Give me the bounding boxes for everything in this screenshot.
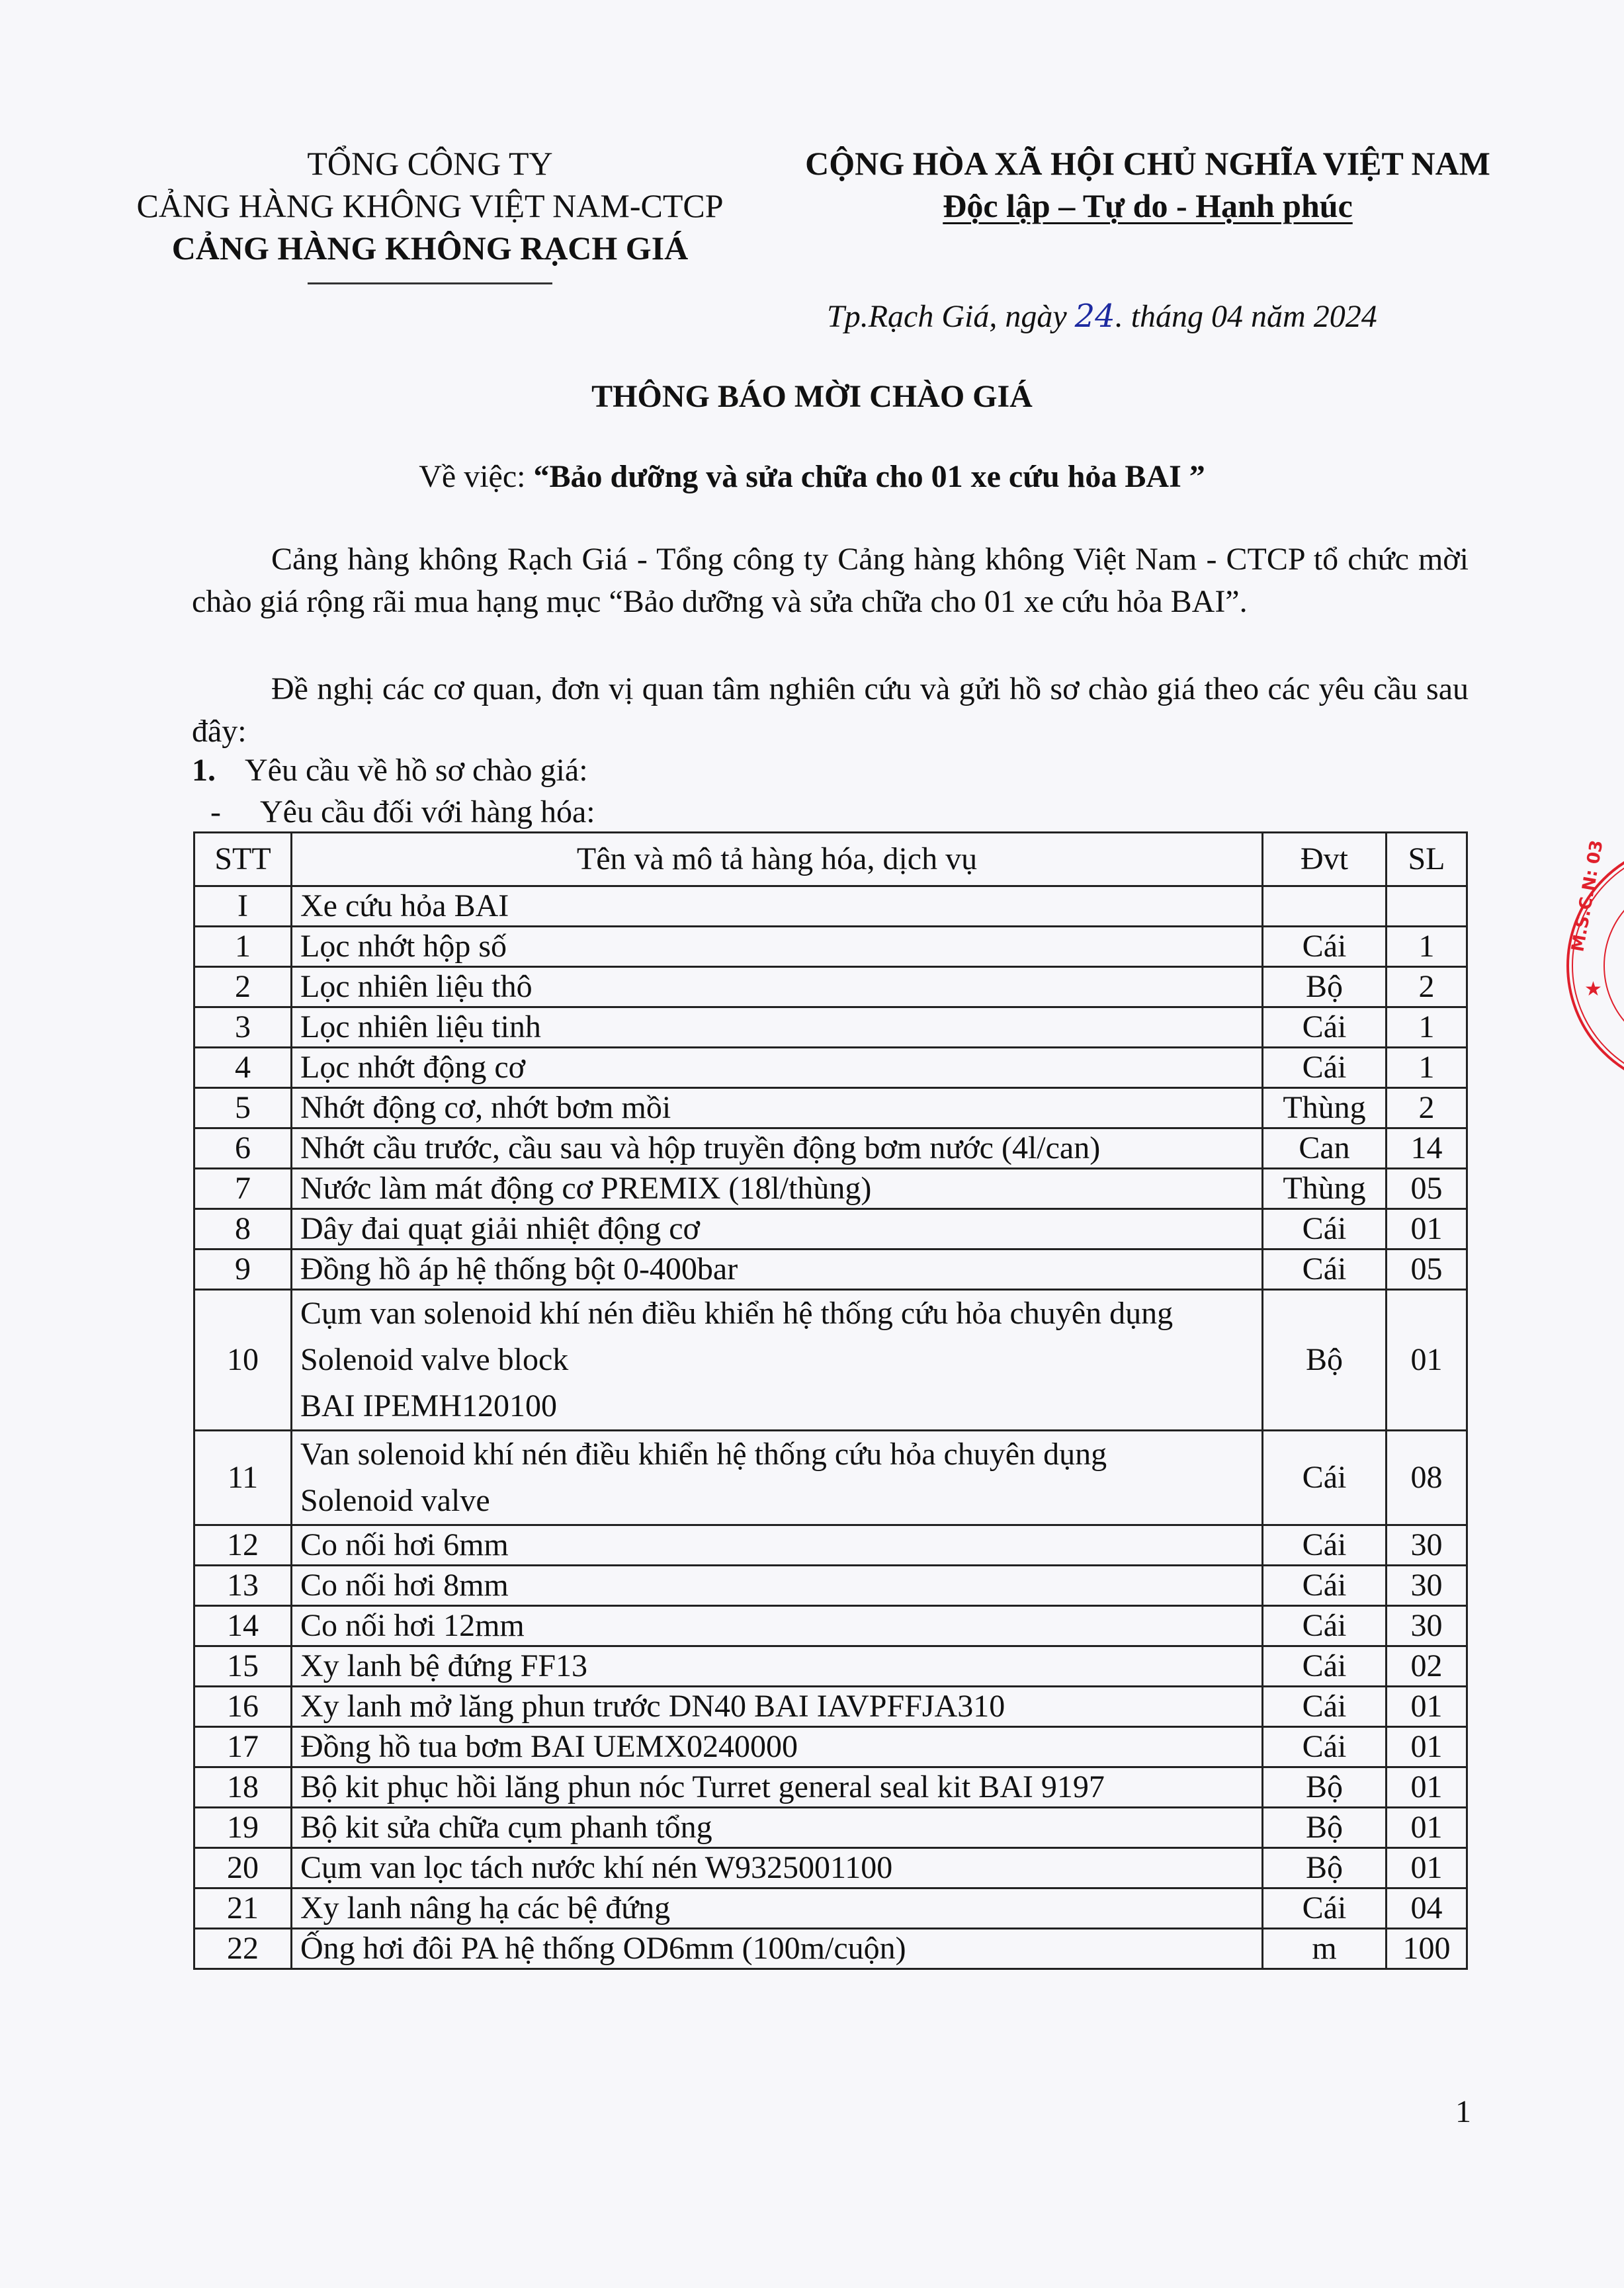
cell-description: Co nối hơi 12mm	[292, 1606, 1263, 1646]
section-title: Yêu cầu về hồ sơ chào giá:	[245, 753, 588, 788]
cell-qty: 01	[1387, 1767, 1467, 1808]
cell-qty: 01	[1387, 1848, 1467, 1888]
goods-table: STT Tên và mô tả hàng hóa, dịch vụ Đvt S…	[193, 831, 1468, 1970]
cell-stt: 10	[194, 1290, 292, 1431]
cell-qty	[1387, 886, 1467, 927]
cell-unit: Cái	[1263, 1888, 1387, 1929]
cell-unit: Bộ	[1263, 1848, 1387, 1888]
description-line: Lọc nhiên liệu thô	[300, 969, 533, 1004]
cell-unit: Bộ	[1263, 1767, 1387, 1808]
cell-unit: Cái	[1263, 1048, 1387, 1088]
table-row: 21Xy lanh nâng hạ các bệ đứngCái04	[194, 1888, 1467, 1929]
table-row: 17Đồng hồ tua bơm BAI UEMX0240000Cái01	[194, 1727, 1467, 1767]
cell-qty: 01	[1387, 1209, 1467, 1250]
subject-text: “Bảo dưỡng và sửa chữa cho 01 xe cứu hỏa…	[534, 459, 1205, 494]
header-divider	[308, 282, 552, 284]
section-1-heading: 1.Yêu cầu về hồ sơ chào giá:	[192, 752, 588, 788]
dateline-dots: .	[1115, 299, 1123, 334]
cell-stt: 20	[194, 1848, 292, 1888]
cell-qty: 30	[1387, 1525, 1467, 1566]
table-row: 15Xy lanh bệ đứng FF13Cái02	[194, 1646, 1467, 1687]
cell-stt: 16	[194, 1687, 292, 1727]
table-row: 18Bộ kit phục hồi lăng phun nóc Turret g…	[194, 1767, 1467, 1808]
description-line: Đồng hồ tua bơm BAI UEMX0240000	[300, 1729, 798, 1764]
cell-unit: Thùng	[1263, 1169, 1387, 1209]
document-subject: Về việc: “Bảo dưỡng và sửa chữa cho 01 x…	[0, 458, 1624, 495]
table-row: 19Bộ kit sửa chữa cụm phanh tổngBộ01	[194, 1808, 1467, 1848]
intro-paragraph: Cảng hàng không Rạch Giá - Tổng công ty …	[192, 538, 1469, 623]
issuer-header: TỔNG CÔNG TY CẢNG HÀNG KHÔNG VIỆT NAM-CT…	[99, 142, 761, 284]
stamp-text: M.S.C.N: 03	[1568, 840, 1607, 953]
description-line: Co nối hơi 8mm	[300, 1568, 509, 1603]
cell-qty: 04	[1387, 1888, 1467, 1929]
cell-description: Đồng hồ áp hệ thống bột 0-400bar	[292, 1250, 1263, 1290]
cell-description: Bộ kit phục hồi lăng phun nóc Turret gen…	[292, 1767, 1263, 1808]
cell-stt: 11	[194, 1431, 292, 1525]
cell-description: Lọc nhớt động cơ	[292, 1048, 1263, 1088]
red-seal-stamp: M.S.C.N: 03 ★	[1558, 840, 1624, 1091]
cell-qty: 01	[1387, 1290, 1467, 1431]
document-page: TỔNG CÔNG TY CẢNG HÀNG KHÔNG VIỆT NAM-CT…	[0, 0, 1624, 2288]
cell-description: Cụm van solenoid khí nén điều khiển hệ t…	[292, 1290, 1263, 1431]
cell-description: Van solenoid khí nén điều khiển hệ thống…	[292, 1431, 1263, 1525]
col-header-name: Tên và mô tả hàng hóa, dịch vụ	[292, 833, 1263, 886]
cell-unit: Cái	[1263, 927, 1387, 967]
description-line: Xe cứu hỏa BAI	[300, 888, 509, 923]
cell-stt: 3	[194, 1007, 292, 1048]
cell-qty: 2	[1387, 967, 1467, 1007]
document-title: THÔNG BÁO MỜI CHÀO GIÁ	[0, 378, 1624, 415]
cell-qty: 2	[1387, 1088, 1467, 1128]
table-row: 7Nước làm mát động cơ PREMIX (18l/thùng)…	[194, 1169, 1467, 1209]
cell-description: Bộ kit sửa chữa cụm phanh tổng	[292, 1808, 1263, 1848]
cell-description: Xy lanh nâng hạ các bệ đứng	[292, 1888, 1263, 1929]
cell-stt: 13	[194, 1566, 292, 1606]
cell-unit: Bộ	[1263, 1808, 1387, 1848]
cell-unit: Thùng	[1263, 1088, 1387, 1128]
cell-description: Lọc nhiên liệu thô	[292, 967, 1263, 1007]
cell-description: Đồng hồ tua bơm BAI UEMX0240000	[292, 1727, 1263, 1767]
cell-description: Ống hơi đôi PA hệ thống OD6mm (100m/cuộn…	[292, 1929, 1263, 1969]
dateline: Tp.Rạch Giá, ngày 24. tháng 04 năm 2024	[827, 298, 1377, 335]
table-row: 1Lọc nhớt hộp sốCái1	[194, 927, 1467, 967]
table-row: 14Co nối hơi 12mmCái30	[194, 1606, 1467, 1646]
bullet-text: Yêu cầu đối với hàng hóa:	[260, 794, 595, 829]
table-row: 13Co nối hơi 8mmCái30	[194, 1566, 1467, 1606]
cell-unit: Can	[1263, 1128, 1387, 1169]
cell-unit: Cái	[1263, 1646, 1387, 1687]
cell-qty: 30	[1387, 1566, 1467, 1606]
cell-stt: 12	[194, 1525, 292, 1566]
description-line: Solenoid valve	[300, 1478, 1254, 1524]
cell-stt: 4	[194, 1048, 292, 1088]
page-number: 1	[1455, 2094, 1471, 2130]
dateline-suffix: tháng 04 năm 2024	[1123, 299, 1377, 334]
col-header-unit: Đvt	[1263, 833, 1387, 886]
table-row: 8Dây đai quạt giải nhiệt động cơCái01	[194, 1209, 1467, 1250]
description-line: Solenoid valve block	[300, 1337, 1254, 1383]
cell-qty: 30	[1387, 1606, 1467, 1646]
cell-unit: Cái	[1263, 1007, 1387, 1048]
description-line: Lọc nhớt động cơ	[300, 1050, 525, 1085]
cell-description: Nhớt cầu trước, cầu sau và hộp truyền độ…	[292, 1128, 1263, 1169]
cell-stt: 5	[194, 1088, 292, 1128]
nation-name: CỘNG HÒA XÃ HỘI CHỦ NGHĨA VIỆT NAM	[771, 142, 1525, 185]
cell-stt: 6	[194, 1128, 292, 1169]
cell-stt: I	[194, 886, 292, 927]
cell-stt: 2	[194, 967, 292, 1007]
description-line: Cụm van solenoid khí nén điều khiển hệ t…	[300, 1291, 1254, 1337]
description-line: Đồng hồ áp hệ thống bột 0-400bar	[300, 1251, 738, 1287]
section-number: 1.	[192, 752, 245, 788]
cell-stt: 21	[194, 1888, 292, 1929]
table-row: IXe cứu hỏa BAI	[194, 886, 1467, 927]
description-line: Xy lanh nâng hạ các bệ đứng	[300, 1890, 670, 1926]
cell-qty: 1	[1387, 1048, 1467, 1088]
cell-unit: Cái	[1263, 1687, 1387, 1727]
description-line: BAI IPEMH120100	[300, 1383, 1254, 1429]
table-row: 4Lọc nhớt động cơCái1	[194, 1048, 1467, 1088]
description-line: Van solenoid khí nén điều khiển hệ thống…	[300, 1431, 1254, 1478]
cell-description: Xy lanh bệ đứng FF13	[292, 1646, 1263, 1687]
table-row: 9Đồng hồ áp hệ thống bột 0-400barCái05	[194, 1250, 1467, 1290]
cell-description: Co nối hơi 6mm	[292, 1525, 1263, 1566]
parent-org-line1: TỔNG CÔNG TY	[99, 142, 761, 185]
cell-qty: 08	[1387, 1431, 1467, 1525]
cell-unit: Cái	[1263, 1250, 1387, 1290]
cell-unit: Cái	[1263, 1431, 1387, 1525]
description-line: Co nối hơi 6mm	[300, 1527, 509, 1562]
cell-qty: 100	[1387, 1929, 1467, 1969]
parent-org-line2: CẢNG HÀNG KHÔNG VIỆT NAM-CTCP	[99, 185, 761, 227]
cell-description: Lọc nhớt hộp số	[292, 927, 1263, 967]
description-line: Lọc nhiên liệu tinh	[300, 1009, 541, 1044]
table-row: 3Lọc nhiên liệu tinhCái1	[194, 1007, 1467, 1048]
cell-description: Nhớt động cơ, nhớt bơm mồi	[292, 1088, 1263, 1128]
col-header-stt: STT	[194, 833, 292, 886]
description-line: Xy lanh bệ đứng FF13	[300, 1648, 587, 1683]
description-line: Dây đai quạt giải nhiệt động cơ	[300, 1211, 700, 1246]
cell-qty: 14	[1387, 1128, 1467, 1169]
description-line: Ống hơi đôi PA hệ thống OD6mm (100m/cuộn…	[300, 1931, 906, 1966]
cell-description: Dây đai quạt giải nhiệt động cơ	[292, 1209, 1263, 1250]
cell-description: Xe cứu hỏa BAI	[292, 886, 1263, 927]
cell-stt: 15	[194, 1646, 292, 1687]
cell-qty: 01	[1387, 1687, 1467, 1727]
cell-description: Cụm van lọc tách nước khí nén W932500110…	[292, 1848, 1263, 1888]
cell-unit: m	[1263, 1929, 1387, 1969]
table-row: 5Nhớt động cơ, nhớt bơm mồiThùng2	[194, 1088, 1467, 1128]
cell-qty: 1	[1387, 927, 1467, 967]
cell-stt: 8	[194, 1209, 292, 1250]
cell-unit: Cái	[1263, 1566, 1387, 1606]
cell-description: Co nối hơi 8mm	[292, 1566, 1263, 1606]
table-row: 11Van solenoid khí nén điều khiển hệ thố…	[194, 1431, 1467, 1525]
cell-description: Lọc nhiên liệu tinh	[292, 1007, 1263, 1048]
description-line: Bộ kit sửa chữa cụm phanh tổng	[300, 1810, 712, 1845]
cell-qty: 01	[1387, 1727, 1467, 1767]
description-line: Co nối hơi 12mm	[300, 1608, 525, 1643]
cell-unit: Cái	[1263, 1525, 1387, 1566]
issuer-org-name: CẢNG HÀNG KHÔNG RẠCH GIÁ	[99, 227, 761, 269]
cell-stt: 19	[194, 1808, 292, 1848]
table-row: 10Cụm van solenoid khí nén điều khiển hệ…	[194, 1290, 1467, 1431]
request-paragraph: Đề nghị các cơ quan, đơn vị quan tâm ngh…	[192, 668, 1469, 753]
cell-qty: 02	[1387, 1646, 1467, 1687]
description-line: Nước làm mát động cơ PREMIX (18l/thùng)	[300, 1171, 871, 1206]
cell-stt: 1	[194, 927, 292, 967]
cell-unit	[1263, 886, 1387, 927]
subject-prefix: Về việc:	[419, 459, 533, 494]
description-line: Nhớt cầu trước, cầu sau và hộp truyền độ…	[300, 1130, 1100, 1165]
national-motto: CỘNG HÒA XÃ HỘI CHỦ NGHĨA VIỆT NAM Độc l…	[771, 142, 1525, 227]
cell-qty: 05	[1387, 1250, 1467, 1290]
cell-stt: 9	[194, 1250, 292, 1290]
description-line: Lọc nhớt hộp số	[300, 929, 507, 964]
table-row: 6Nhớt cầu trước, cầu sau và hộp truyền đ…	[194, 1128, 1467, 1169]
cell-stt: 7	[194, 1169, 292, 1209]
cell-qty: 01	[1387, 1808, 1467, 1848]
description-line: Bộ kit phục hồi lăng phun nóc Turret gen…	[300, 1769, 1105, 1804]
cell-qty: 1	[1387, 1007, 1467, 1048]
col-header-qty: SL	[1387, 833, 1467, 886]
cell-unit: Bộ	[1263, 967, 1387, 1007]
cell-description: Nước làm mát động cơ PREMIX (18l/thùng)	[292, 1169, 1263, 1209]
bullet-dash: -	[210, 794, 260, 830]
table-row: 2Lọc nhiên liệu thôBộ2	[194, 967, 1467, 1007]
table-body: IXe cứu hỏa BAI1Lọc nhớt hộp sốCái12Lọc …	[194, 886, 1467, 1969]
table-header-row: STT Tên và mô tả hàng hóa, dịch vụ Đvt S…	[194, 833, 1467, 886]
table-row: 12Co nối hơi 6mmCái30	[194, 1525, 1467, 1566]
bullet-goods-requirements: -Yêu cầu đối với hàng hóa:	[210, 794, 595, 830]
cell-qty: 05	[1387, 1169, 1467, 1209]
cell-description: Xy lanh mở lăng phun trước DN40 BAI IAVP…	[292, 1687, 1263, 1727]
cell-unit: Cái	[1263, 1727, 1387, 1767]
description-line: Nhớt động cơ, nhớt bơm mồi	[300, 1090, 671, 1125]
table-row: 22Ống hơi đôi PA hệ thống OD6mm (100m/cu…	[194, 1929, 1467, 1969]
table-row: 16Xy lanh mở lăng phun trước DN40 BAI IA…	[194, 1687, 1467, 1727]
svg-text:★: ★	[1584, 978, 1602, 1001]
description-line: Cụm van lọc tách nước khí nén W932500110…	[300, 1850, 892, 1885]
motto: Độc lập – Tự do - Hạnh phúc	[943, 187, 1353, 224]
description-line: Xy lanh mở lăng phun trước DN40 BAI IAVP…	[300, 1689, 1005, 1724]
cell-stt: 18	[194, 1767, 292, 1808]
cell-unit: Bộ	[1263, 1290, 1387, 1431]
cell-stt: 22	[194, 1929, 292, 1969]
cell-unit: Cái	[1263, 1606, 1387, 1646]
cell-stt: 14	[194, 1606, 292, 1646]
handwritten-day: 24	[1075, 298, 1115, 335]
dateline-prefix: Tp.Rạch Giá, ngày	[827, 299, 1075, 334]
table-row: 20Cụm van lọc tách nước khí nén W9325001…	[194, 1848, 1467, 1888]
cell-unit: Cái	[1263, 1209, 1387, 1250]
cell-stt: 17	[194, 1727, 292, 1767]
